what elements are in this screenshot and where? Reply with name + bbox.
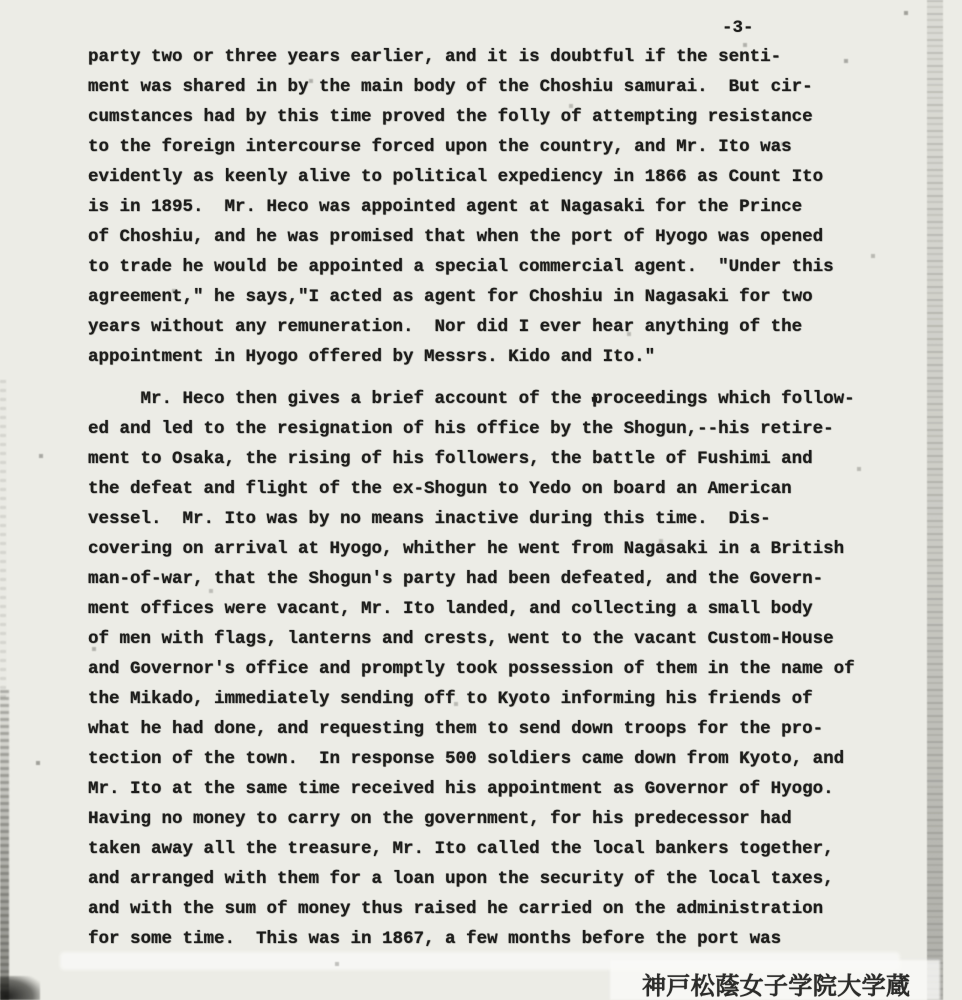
text-line: ment was shared in by the main body of t… [88, 72, 888, 102]
text-line: ment offices were vacant, Mr. Ito landed… [88, 594, 888, 624]
text-line: Mr. Ito at the same time received his ap… [88, 774, 888, 804]
library-stamp: 神戸松蔭女子学院大学蔵 [642, 966, 910, 1000]
text-line: covering on arrival at Hyogo, whither he… [88, 534, 888, 564]
text-line: of Choshiu, and he was promised that whe… [88, 222, 888, 252]
text-line: agreement," he says,"I acted as agent fo… [88, 282, 888, 312]
text-line: Mr. Heco then gives a brief account of t… [88, 384, 888, 414]
text-line: Having no money to carry on the governme… [88, 804, 888, 834]
text-line: man-of-war, that the Shogun's party had … [88, 564, 888, 594]
text-line: and arranged with them for a loan upon t… [88, 864, 888, 894]
text-line: years without any remuneration. Nor did … [88, 312, 888, 342]
paragraph: party two or three years earlier, and it… [88, 42, 888, 372]
text-line: the defeat and flight of the ex-Shogun t… [88, 474, 888, 504]
scan-edge-left-upper [0, 380, 6, 700]
page-number: -3- [722, 18, 754, 38]
scan-corner-blot [0, 976, 40, 1000]
text-line: tection of the town. In response 500 sol… [88, 744, 888, 774]
text-line: the Mikado, immediately sending off to K… [88, 684, 888, 714]
text-line: what he had done, and requesting them to… [88, 714, 888, 744]
text-line: for some time. This was in 1867, a few m… [88, 924, 888, 954]
text-line: taken away all the treasure, Mr. Ito cal… [88, 834, 888, 864]
paragraph: Mr. Heco then gives a brief account of t… [88, 384, 888, 954]
document-text: party two or three years earlier, and it… [88, 42, 888, 954]
text-line: party two or three years earlier, and it… [88, 42, 888, 72]
text-line: and Governor's office and promptly took … [88, 654, 888, 684]
text-line: vessel. Mr. Ito was by no means inactive… [88, 504, 888, 534]
text-line: and with the sum of money thus raised he… [88, 894, 888, 924]
text-line: appointment in Hyogo offered by Messrs. … [88, 342, 888, 372]
text-line: evidently as keenly alive to political e… [88, 162, 888, 192]
text-line: ed and led to the resignation of his off… [88, 414, 888, 444]
text-line: of men with flags, lanterns and crests, … [88, 624, 888, 654]
text-line: to the foreign intercourse forced upon t… [88, 132, 888, 162]
scan-speckles [0, 0, 2, 2]
text-line: ment to Osaka, the rising of his followe… [88, 444, 888, 474]
inserted-quote-mark: " [590, 396, 599, 413]
text-line: to trade he would be appointed a special… [88, 252, 888, 282]
text-line: cumstances had by this time proved the f… [88, 102, 888, 132]
text-line: is in 1895. Mr. Heco was appointed agent… [88, 192, 888, 222]
scan-edge-left [0, 690, 9, 1000]
scanned-document-page: -3- party two or three years earlier, an… [0, 0, 962, 1000]
scan-edge-right [927, 0, 943, 1000]
